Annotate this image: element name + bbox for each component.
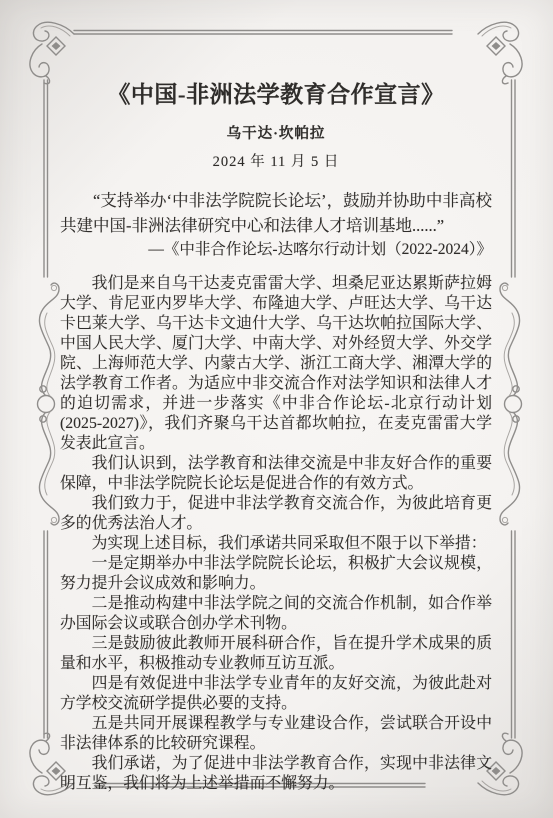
- body-paragraph: 四是有效促进中非法学专业青年的友好交流，为彼此赴对方学校交流研学提供必要的支持。: [60, 674, 492, 714]
- body-paragraph: 我们致力于，促进中非法学教育交流合作，为彼此培育更多的优秀法治人才。: [60, 494, 492, 534]
- body-paragraph: 我们是来自乌干达麦克雷雷大学、坦桑尼亚达累斯萨拉姆大学、肯尼亚内罗毕大学、布隆迪…: [60, 274, 492, 454]
- quote-block: “支持举办‘中非法学院院长论坛’，鼓励并协助中非高校共建中国-非洲法律研究中心和…: [60, 188, 492, 261]
- body-paragraph: 五是共同开展课程教学与专业建设合作，尝试联合开设中非法律体系的比较研究课程。: [60, 714, 492, 754]
- document-content: 《中国-非洲法学教育合作宣言》 乌干达·坎帕拉 2024 年 11 月 5 日 …: [0, 0, 553, 818]
- body-paragraph: 二是推动构建中非法学院之间的交流合作机制，如合作举办国际会议或联合创办学术刊物。: [60, 594, 492, 634]
- document-page: 《中国-非洲法学教育合作宣言》 乌干达·坎帕拉 2024 年 11 月 5 日 …: [0, 0, 553, 818]
- body-paragraph: 为实现上述目标，我们承诺共同采取但不限于以下举措：: [60, 534, 492, 554]
- body-paragraph: 我们承诺，为了促进中非法学教育合作，实现中非法律文明互鉴，我们将为上述举措而不懈…: [60, 754, 492, 794]
- quote-attribution: —《中非合作论坛-达喀尔行动计划（2022-2024）》: [60, 238, 492, 261]
- quote-text: “支持举办‘中非法学院院长论坛’，鼓励并协助中非高校共建中国-非洲法律研究中心和…: [60, 188, 492, 238]
- document-location: 乌干达·坎帕拉: [60, 124, 492, 144]
- document-body: 我们是来自乌干达麦克雷雷大学、坦桑尼亚达累斯萨拉姆大学、肯尼亚内罗毕大学、布隆迪…: [60, 274, 492, 794]
- body-paragraph: 我们认识到，法学教育和法律交流是中非友好合作的重要保障，中非法学院院长论坛是促进…: [60, 454, 492, 494]
- document-date: 2024 年 11 月 5 日: [60, 152, 492, 172]
- body-paragraph: 一是定期举办中非法学院院长论坛，积极扩大会议规模，努力提升会议成效和影响力。: [60, 554, 492, 594]
- body-paragraph: 三是鼓励彼此教师开展科研合作，旨在提升学术成果的质量和水平，积极推动专业教师互访…: [60, 634, 492, 674]
- document-title: 《中国-非洲法学教育合作宣言》: [60, 80, 492, 110]
